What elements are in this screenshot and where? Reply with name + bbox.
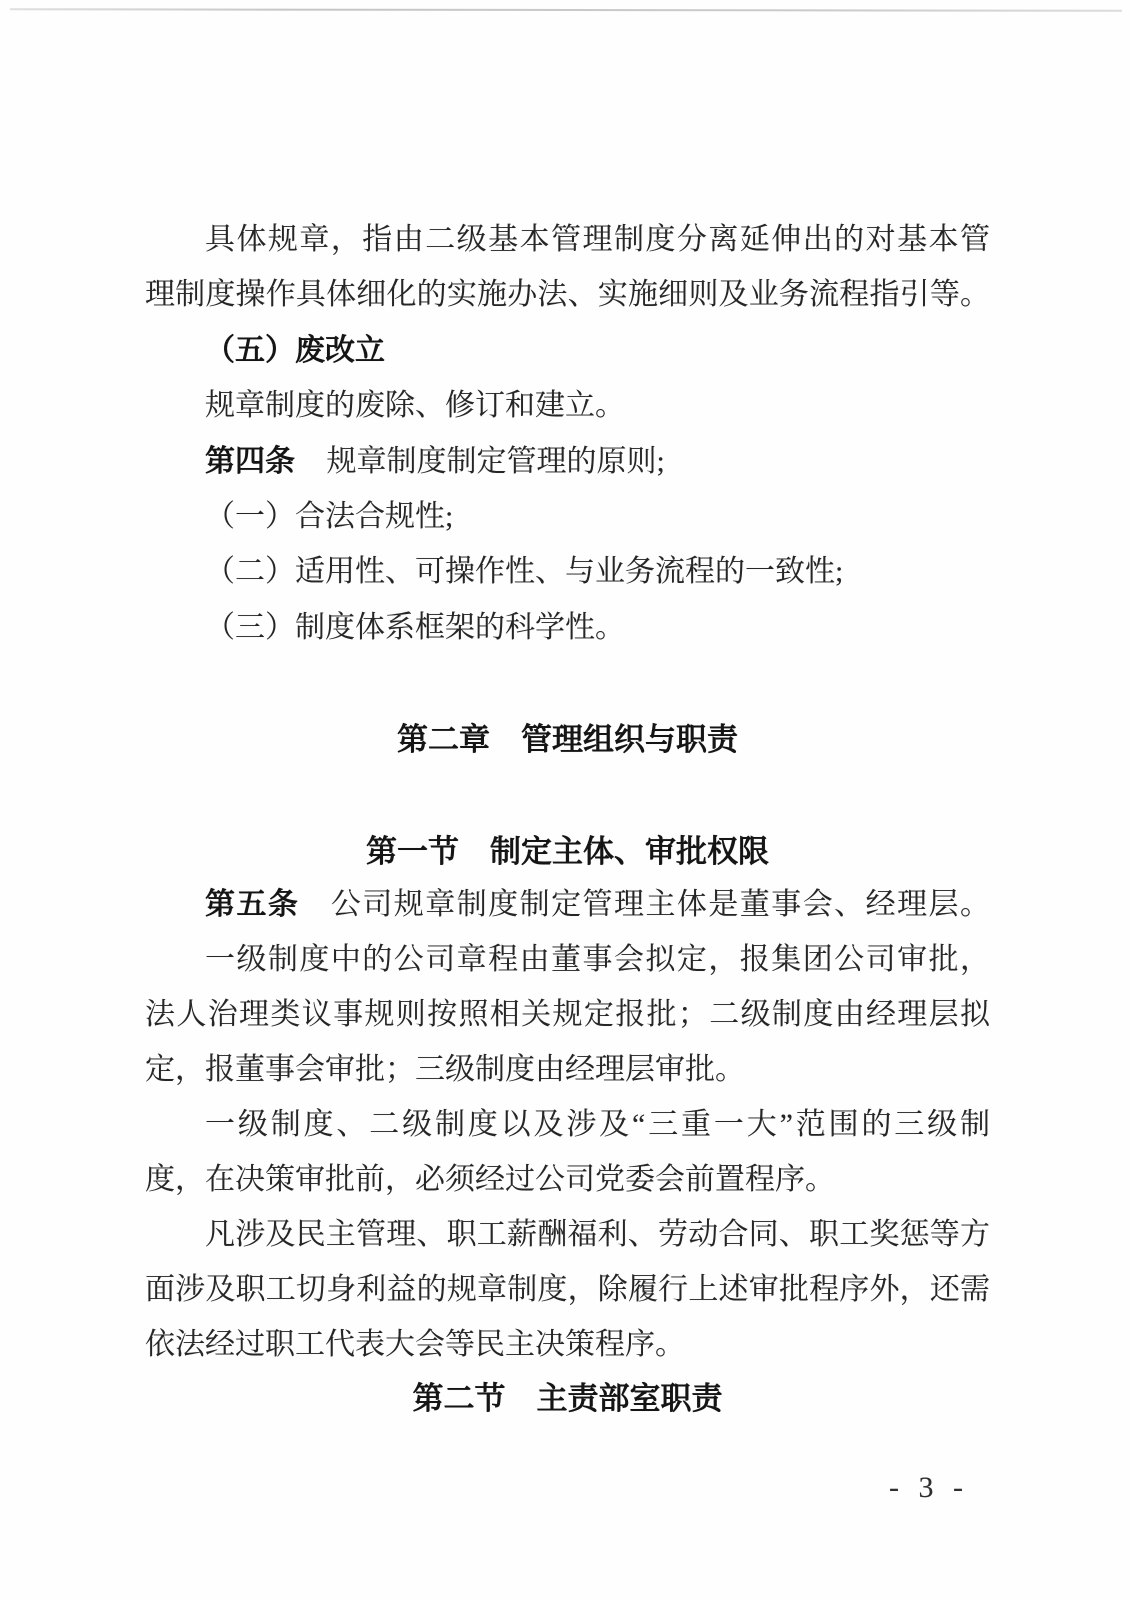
- article-line: 第五条公司规章制度制定管理主体是董事会、经理层。: [145, 877, 990, 932]
- text-line: 理制度操作具体细化的实施办法、实施细则及业务流程指引等。: [145, 267, 990, 322]
- article-number: 第五条: [205, 888, 299, 921]
- text-line: 规章制度的废除、修订和建立。: [145, 378, 990, 433]
- list-item: （二）适用性、可操作性、与业务流程的一致性;: [145, 544, 990, 599]
- list-item: （一）合法合规性;: [145, 489, 990, 544]
- text-line: 依法经过职工代表大会等民主决策程序。: [145, 1317, 990, 1372]
- text-line: 定，报董事会审批；三级制度由经理层审批。: [145, 1042, 990, 1097]
- article-line: 第四条规章制度制定管理的原则;: [145, 434, 990, 489]
- scan-artifact-line: [10, 8, 1122, 12]
- list-item-heading: （五）废改立: [145, 323, 990, 378]
- text-line: 度，在决策审批前，必须经过公司党委会前置程序。: [145, 1152, 990, 1207]
- text-line: 一级制度、二级制度以及涉及“三重一大”范围的三级制: [145, 1097, 990, 1152]
- text-line: 一级制度中的公司章程由董事会拟定，报集团公司审批，: [145, 932, 990, 987]
- article-number: 第四条: [205, 445, 295, 478]
- text-line: 凡涉及民主管理、职工薪酬福利、劳动合同、职工奖惩等方: [145, 1207, 990, 1262]
- text-line: 法人治理类议事规则按照相关规定报批；二级制度由经理层拟: [145, 987, 990, 1042]
- page: 具体规章，指由二级基本管理制度分离延伸出的对基本管 理制度操作具体细化的实施办法…: [0, 0, 1130, 1600]
- chapter-heading: 第二章 管理组织与职责: [145, 712, 990, 767]
- article-text: 规章制度制定管理的原则;: [327, 445, 665, 478]
- text-line: 面涉及职工切身利益的规章制度，除履行上述审批程序外，还需: [145, 1262, 990, 1317]
- section-heading: 第一节 制定主体、审批权限: [145, 824, 990, 879]
- list-item: （三）制度体系框架的科学性。: [145, 600, 990, 655]
- section-heading: 第二节 主责部室职责: [145, 1371, 990, 1426]
- text-line: 具体规章，指由二级基本管理制度分离延伸出的对基本管: [145, 212, 990, 267]
- page-number: - 3 -: [889, 1468, 969, 1508]
- article-text: 公司规章制度制定管理主体是董事会、经理层。: [331, 888, 990, 921]
